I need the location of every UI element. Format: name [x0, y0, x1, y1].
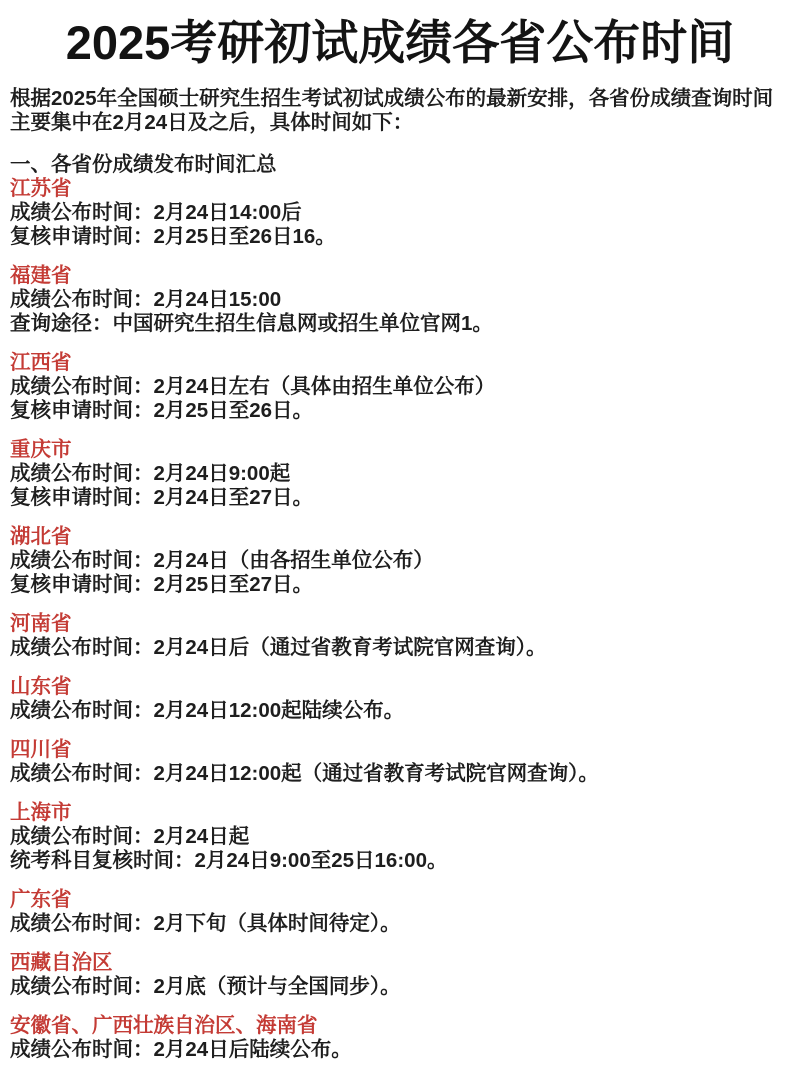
poster-page: 2025考研初试成绩各省公布时间 根据2025年全国硕士研究生招生考试初试成绩公…: [0, 0, 800, 1062]
section-heading: 一、各省份成绩发布时间汇总: [10, 153, 790, 177]
province-block-shanghai: 上海市 成绩公布时间：2月24日起 统考科目复核时间：2月24日9:00至25日…: [10, 801, 790, 873]
province-detail-line: 成绩公布时间：2月24日14:00后: [10, 201, 790, 225]
province-detail-line: 复核申请时间：2月25日至27日。: [10, 573, 790, 597]
province-detail-line: 复核申请时间：2月25日至26日16。: [10, 225, 790, 249]
province-name: 河南省: [10, 612, 790, 636]
province-detail-line: 成绩公布时间：2月24日12:00起陆续公布。: [10, 699, 790, 723]
province-name: 福建省: [10, 264, 790, 288]
page-title: 2025考研初试成绩各省公布时间: [10, 16, 790, 69]
province-name: 西藏自治区: [10, 951, 790, 975]
province-block-shandong: 山东省 成绩公布时间：2月24日12:00起陆续公布。: [10, 675, 790, 723]
province-block-henan: 河南省 成绩公布时间：2月24日后（通过省教育考试院官网查询）。: [10, 612, 790, 660]
province-block-chongqing: 重庆市 成绩公布时间：2月24日9:00起 复核申请时间：2月24日至27日。: [10, 438, 790, 510]
province-name: 重庆市: [10, 438, 790, 462]
province-detail-line: 成绩公布时间：2月底（预计与全国同步）。: [10, 975, 790, 999]
province-detail-line: 统考科目复核时间：2月24日9:00至25日16:00。: [10, 849, 790, 873]
province-block-jiangxi: 江西省 成绩公布时间：2月24日左右（具体由招生单位公布） 复核申请时间：2月2…: [10, 351, 790, 423]
province-detail-line: 成绩公布时间：2月24日起: [10, 825, 790, 849]
intro-paragraph: 根据2025年全国硕士研究生招生考试初试成绩公布的最新安排，各省份成绩查询时间主…: [10, 87, 790, 135]
province-name: 广东省: [10, 888, 790, 912]
province-name: 山东省: [10, 675, 790, 699]
province-name: 江苏省: [10, 177, 790, 201]
province-detail-line: 成绩公布时间：2月24日15:00: [10, 288, 790, 312]
province-block-sichuan: 四川省 成绩公布时间：2月24日12:00起（通过省教育考试院官网查询）。: [10, 738, 790, 786]
province-detail-line: 查询途径：中国研究生招生信息网或招生单位官网1。: [10, 312, 790, 336]
province-detail-line: 成绩公布时间：2月24日9:00起: [10, 462, 790, 486]
province-block-xizang: 西藏自治区 成绩公布时间：2月底（预计与全国同步）。: [10, 951, 790, 999]
province-block-anhui-guangxi-hainan: 安徽省、广西壮族自治区、海南省 成绩公布时间：2月24日后陆续公布。: [10, 1014, 790, 1062]
province-name: 四川省: [10, 738, 790, 762]
province-block-jiangsu: 江苏省 成绩公布时间：2月24日14:00后 复核申请时间：2月25日至26日1…: [10, 177, 790, 249]
province-detail-line: 成绩公布时间：2月24日后（通过省教育考试院官网查询）。: [10, 636, 790, 660]
province-block-guangdong: 广东省 成绩公布时间：2月下旬（具体时间待定）。: [10, 888, 790, 936]
province-detail-line: 成绩公布时间：2月下旬（具体时间待定）。: [10, 912, 790, 936]
province-name: 上海市: [10, 801, 790, 825]
province-detail-line: 复核申请时间：2月24日至27日。: [10, 486, 790, 510]
province-detail-line: 成绩公布时间：2月24日（由各招生单位公布）: [10, 549, 790, 573]
province-detail-line: 复核申请时间：2月25日至26日。: [10, 399, 790, 423]
province-detail-line: 成绩公布时间：2月24日后陆续公布。: [10, 1038, 790, 1062]
province-name: 湖北省: [10, 525, 790, 549]
province-detail-line: 成绩公布时间：2月24日左右（具体由招生单位公布）: [10, 375, 790, 399]
province-name: 江西省: [10, 351, 790, 375]
province-detail-line: 成绩公布时间：2月24日12:00起（通过省教育考试院官网查询）。: [10, 762, 790, 786]
province-block-fujian: 福建省 成绩公布时间：2月24日15:00 查询途径：中国研究生招生信息网或招生…: [10, 264, 790, 336]
province-name: 安徽省、广西壮族自治区、海南省: [10, 1014, 790, 1038]
province-block-hubei: 湖北省 成绩公布时间：2月24日（由各招生单位公布） 复核申请时间：2月25日至…: [10, 525, 790, 597]
